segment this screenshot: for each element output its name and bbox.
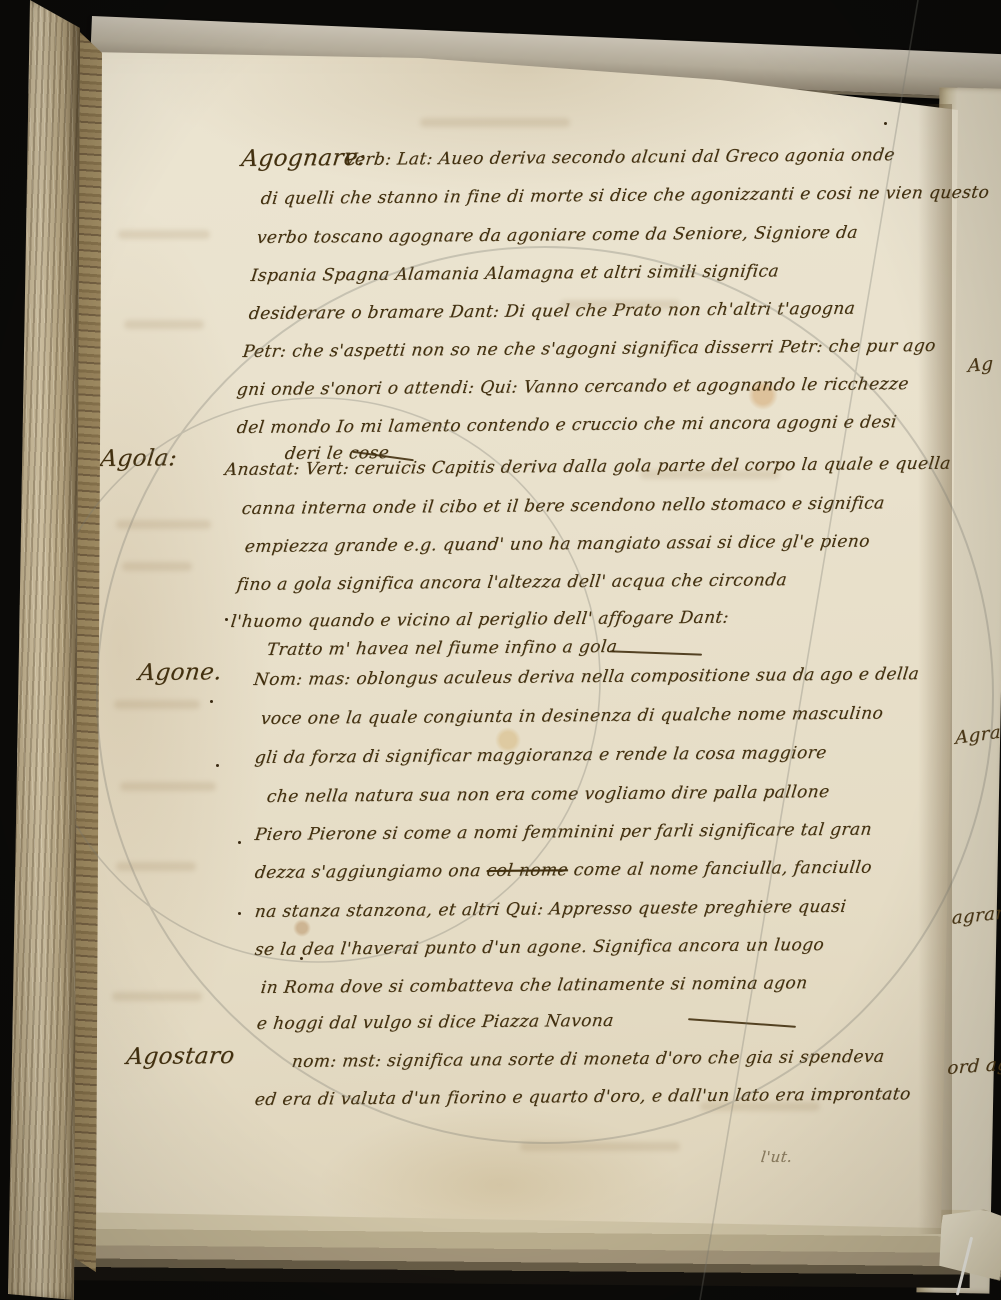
bleedthrough-smudge bbox=[112, 992, 202, 1001]
manuscript-line: na stanza stanzona, et altri Qui: Appres… bbox=[254, 897, 848, 922]
manuscript-line: empiezza grande e.g. quand' uno ha mangi… bbox=[244, 532, 871, 557]
manuscript-line: dezza s'aggiungiamo ona col nome come al… bbox=[254, 858, 873, 883]
bleedthrough-smudge bbox=[640, 470, 780, 479]
bleedthrough-smudge bbox=[700, 1102, 820, 1111]
bleedthrough-smudge bbox=[560, 300, 680, 309]
ink-spot bbox=[210, 700, 213, 703]
manuscript-line: Ispania Spagna Alamania Alamagna et altr… bbox=[250, 261, 780, 286]
bleedthrough-smudge bbox=[420, 118, 570, 127]
manuscript-line: desiderare o bramare Dant: Di quel che P… bbox=[248, 299, 857, 324]
next-page-marginal-fragment: agramen bbox=[952, 899, 1001, 929]
next-page-marginal-fragment: ord ag bbox=[947, 1054, 1001, 1079]
manuscript-line: Tratto m' havea nel fiume infino a gola bbox=[266, 637, 619, 660]
manuscript-line: canna interna onde il cibo et il bere sc… bbox=[241, 493, 886, 519]
ink-flourish bbox=[688, 1018, 796, 1028]
bleedthrough-smudge bbox=[520, 1142, 680, 1151]
bleedthrough-smudge bbox=[124, 320, 204, 329]
ink-spot bbox=[238, 841, 241, 844]
bleedthrough-smudge bbox=[120, 782, 216, 791]
manuscript-line: verbo toscano agognare da agoniare come … bbox=[256, 223, 859, 248]
manuscript-line: che nella natura sua non era come voglia… bbox=[266, 782, 831, 807]
next-page-marginal-fragment: Ag bbox=[968, 353, 994, 377]
manuscript-text-layer: Agognare:Verb: Lat: Aueo deriva secondo … bbox=[0, 0, 1001, 1300]
catchword-scribble: l'ut. bbox=[760, 1148, 793, 1166]
manuscript-line: l'huomo quando e vicino al periglio dell… bbox=[230, 608, 730, 632]
bleedthrough-smudge bbox=[116, 520, 211, 529]
manuscript-line: Nom: mas: oblongus aculeus deriva nella … bbox=[253, 664, 921, 690]
manuscript-photo: Agognare:Verb: Lat: Aueo deriva secondo … bbox=[0, 0, 1001, 1300]
bleedthrough-smudge bbox=[118, 230, 210, 239]
manuscript-line: voce one la quale congiunta in desinenza… bbox=[260, 704, 885, 729]
ink-flourish bbox=[610, 650, 702, 655]
ink-spot bbox=[238, 912, 241, 915]
entry-headword: Agola: bbox=[99, 445, 178, 472]
struck-through-words: col nome bbox=[486, 860, 570, 881]
manuscript-line: se la dea l'haverai punto d'un agone. Si… bbox=[254, 935, 826, 960]
manuscript-line: in Roma dove si combatteva che latinamen… bbox=[260, 973, 809, 998]
bleedthrough-smudge bbox=[114, 700, 200, 709]
ink-spot bbox=[306, 648, 309, 651]
entry-headword: Agone. bbox=[137, 659, 223, 686]
manuscript-line: Piero Pierone si come a nomi femminini p… bbox=[254, 820, 873, 845]
manuscript-line: gni onde s'onori o attendi: Qui: Vanno c… bbox=[236, 374, 910, 400]
ink-spot bbox=[216, 764, 219, 767]
manuscript-line: nom: mst: significa una sorte di moneta … bbox=[291, 1047, 886, 1072]
next-page-marginal-fragment: Agrad bbox=[955, 720, 1001, 749]
manuscript-line: di quelli che stanno in fine di morte si… bbox=[260, 183, 991, 209]
manuscript-line: e hoggi dal vulgo si dice Piazza Navona bbox=[256, 1011, 615, 1034]
manuscript-line: Petr: che s'aspetti non so ne che s'agog… bbox=[242, 336, 937, 362]
ink-spot bbox=[884, 122, 887, 125]
manuscript-line: fino a gola significa ancora l'altezza d… bbox=[236, 570, 788, 595]
entry-headword: Agostaro bbox=[125, 1043, 236, 1070]
ink-spot bbox=[225, 618, 228, 621]
ink-spot bbox=[300, 957, 303, 960]
bleedthrough-smudge bbox=[122, 562, 192, 571]
manuscript-line: gli da forza di significar maggioranza e… bbox=[254, 743, 828, 768]
manuscript-line: del mondo Io mi lamento contendo e crucc… bbox=[236, 412, 898, 438]
manuscript-line: Verb: Lat: Aueo deriva secondo alcuni da… bbox=[343, 145, 896, 170]
bleedthrough-smudge bbox=[116, 862, 196, 871]
